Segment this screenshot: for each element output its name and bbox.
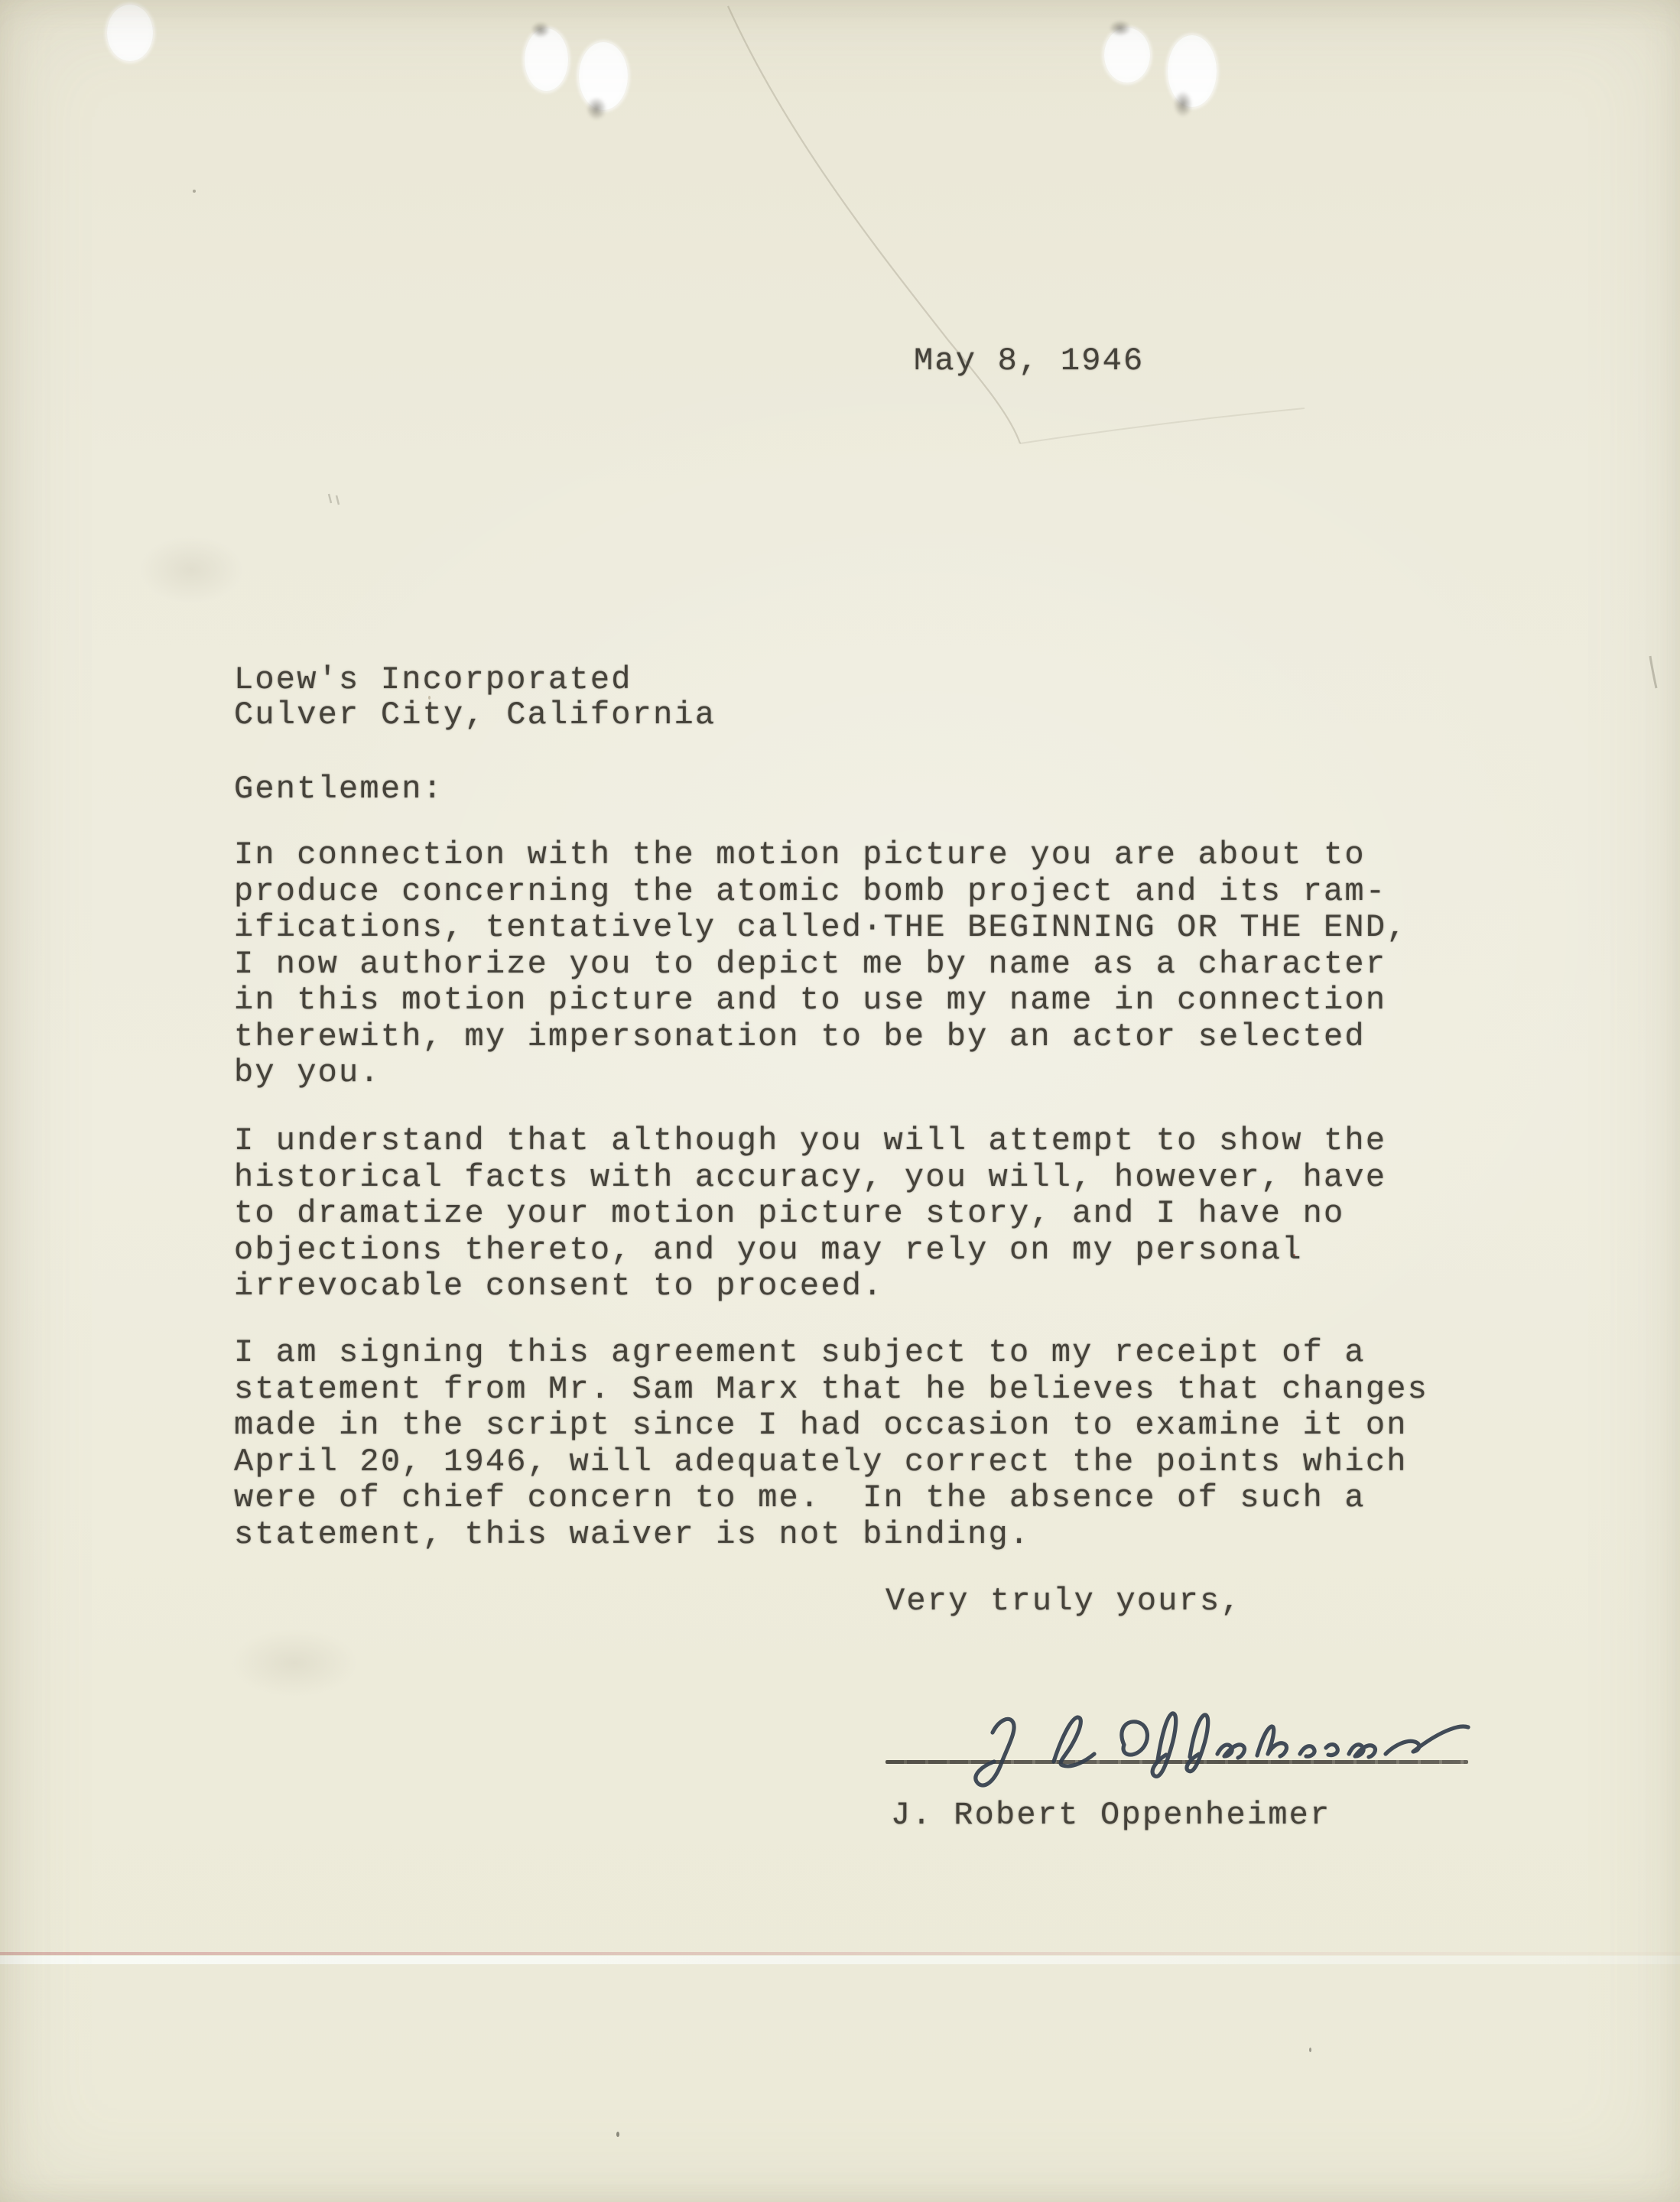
- closing-phrase: Very truly yours,: [885, 1583, 1242, 1620]
- letter-date: May 8, 1946: [914, 343, 1144, 380]
- scanned-letter-page: { "letter": { "date": "May 8, 1946", "re…: [0, 0, 1680, 2202]
- punch-hole: [1104, 28, 1150, 83]
- paper-speck: [616, 2132, 619, 2137]
- paragraph-3: I am signing this agreement subject to m…: [234, 1335, 1428, 1553]
- signature-handwriting: [872, 1697, 1499, 1804]
- punch-hole: [525, 28, 568, 91]
- signature-typed-name: J. Robert Oppenheimer: [891, 1798, 1331, 1834]
- punch-hole: [107, 5, 153, 61]
- paper-smudge: [586, 96, 607, 121]
- paper-blotch: [138, 535, 245, 604]
- recipient-city: Culver City, California: [234, 697, 716, 734]
- paper-smudge: [531, 21, 551, 38]
- crease-lines: [0, 0, 1680, 2202]
- paragraph-2: I understand that although you will atte…: [234, 1123, 1386, 1305]
- paper-smudge: [1173, 90, 1193, 118]
- paragraph-1: In connection with the motion picture yo…: [234, 837, 1408, 1092]
- paper-speck: [1309, 2048, 1311, 2052]
- recipient-name: Loew's Incorporated: [234, 662, 632, 699]
- paper-speck: [193, 190, 196, 193]
- fold-highlight: [0, 1956, 1680, 1964]
- fold-line: [0, 1952, 1680, 1955]
- scan-vignette: [0, 0, 1680, 2202]
- salutation: Gentlemen:: [234, 771, 444, 808]
- paper-blotch: [229, 1629, 359, 1697]
- paper-smudge: [1109, 20, 1132, 37]
